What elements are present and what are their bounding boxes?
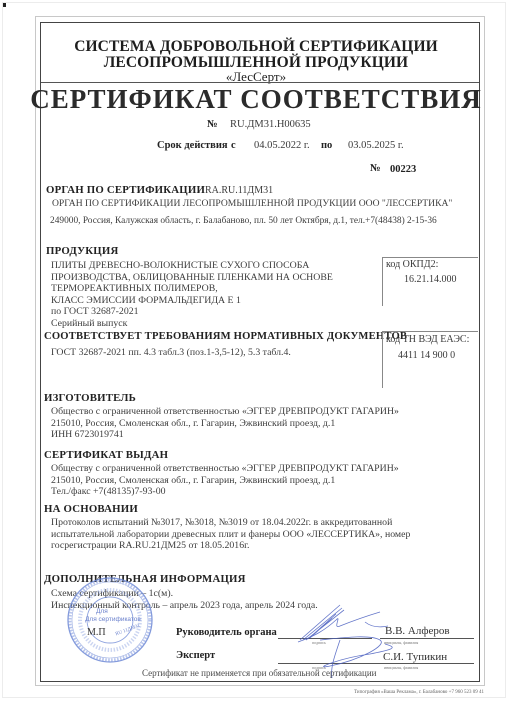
certification-body-code: RA.RU.11ДМ31 bbox=[205, 185, 273, 196]
product-line-1: ПЛИТЫ ДРЕВЕСНО-ВОЛОКНИСТЫЕ СУХОГО СПОСОБ… bbox=[51, 260, 309, 272]
head-label: Руководитель органа bbox=[176, 627, 277, 638]
corner-mark bbox=[3, 3, 6, 7]
valid-from: 04.05.2022 г. bbox=[254, 140, 310, 151]
tnved-value: 4411 14 900 0 bbox=[398, 350, 455, 361]
manufacturer-address: 215010, Россия, Смоленская обл., г. Гага… bbox=[51, 418, 335, 430]
product-serial: Серийный выпуск bbox=[51, 318, 127, 330]
basis-line-2: испытательной лаборатории древесных плит… bbox=[51, 529, 410, 541]
validity-to-label: по bbox=[321, 140, 332, 151]
compliance-heading: СООТВЕТСТВУЕТ ТРЕБОВАНИЯМ НОРМАТИВНЫХ ДО… bbox=[44, 331, 407, 342]
certificate-title: СЕРТИФИКАТ СООТВЕТСТВИЯ bbox=[0, 84, 512, 115]
basis-line-1: Протоколов испытаний №3017, №3018, №3019… bbox=[51, 517, 392, 529]
blank-number: 00223 bbox=[390, 164, 416, 175]
okpd-value: 16.21.14.000 bbox=[404, 274, 457, 285]
compliance-text: ГОСТ 32687-2021 пп. 4.3 табл.3 (поз.1-3,… bbox=[51, 347, 291, 359]
number-label: № bbox=[207, 119, 218, 130]
expert-label: Эксперт bbox=[176, 650, 215, 661]
manufacturer-heading: ИЗГОТОВИТЕЛЬ bbox=[44, 392, 136, 404]
blank-number-label: № bbox=[370, 163, 381, 174]
product-standard: по ГОСТ 32687-2021 bbox=[51, 306, 139, 318]
issued-to-address: 215010, Россия, Смоленская обл., г. Гага… bbox=[51, 475, 335, 487]
validity-label: Срок действия bbox=[157, 140, 228, 151]
okpd-label: код ОКПД2: bbox=[386, 259, 438, 270]
stamp: Для Для сертификатов RU 11ДМ31 М.П bbox=[65, 575, 155, 665]
basis-line-3: госрегистрации RA.RU.21ДМ25 от 18.05.201… bbox=[51, 540, 249, 552]
certification-body-name: ОРГАН ПО СЕРТИФИКАЦИИ ЛЕСОПРОМЫШЛЕННОЙ П… bbox=[52, 198, 452, 210]
issued-to-line-1: Обществу с ограниченной ответственностью… bbox=[51, 463, 399, 475]
stamp-text-for: Для bbox=[96, 608, 108, 615]
manufacturer-inn: ИНН 6723019741 bbox=[51, 429, 124, 441]
product-line-4: КЛАСС ЭМИССИИ ФОРМАЛЬДЕГИДА Е 1 bbox=[51, 295, 241, 307]
issued-to-heading: СЕРТИФИКАТ ВЫДАН bbox=[44, 449, 168, 461]
printer-note: Типография «Ваша Реклама», г. Балабаново… bbox=[354, 690, 484, 695]
certification-body-heading: ОРГАН ПО СЕРТИФИКАЦИИ bbox=[46, 184, 205, 196]
product-line-2: ПРОИЗВОДСТВА, ОБЛИЦОВАННЫЕ ПЛЕНКАМИ НА О… bbox=[51, 272, 333, 284]
certification-body-address: 249000, Россия, Калужская область, г. Ба… bbox=[50, 216, 437, 228]
valid-to: 03.05.2025 г. bbox=[348, 140, 404, 151]
validity-from-label: с bbox=[231, 140, 236, 151]
basis-heading: НА ОСНОВАНИИ bbox=[44, 503, 138, 515]
manufacturer-line-1: Общество с ограниченной ответственностью… bbox=[51, 406, 399, 418]
header-divider bbox=[41, 82, 479, 83]
stamp-text: Для сертификатов bbox=[85, 616, 141, 623]
issued-to-phone: Тел./факс +7(48135)7-93-00 bbox=[51, 486, 166, 498]
product-line-3: ТЕРМОРЕАКТИВНЫХ ПОЛИМЕРОВ, bbox=[51, 283, 218, 295]
product-heading: ПРОДУКЦИЯ bbox=[46, 245, 119, 257]
stamp-mark: М.П bbox=[87, 627, 106, 638]
system-title-line1: СИСТЕМА ДОБРОВОЛЬНОЙ СЕРТИФИКАЦИИ bbox=[0, 38, 512, 55]
footer-note: Сертификат не применяется при обязательн… bbox=[142, 668, 377, 678]
tnved-label: код ТН ВЭД ЕАЭС: bbox=[386, 334, 469, 345]
certificate-number: RU.ДМ31.Н00635 bbox=[230, 119, 311, 130]
